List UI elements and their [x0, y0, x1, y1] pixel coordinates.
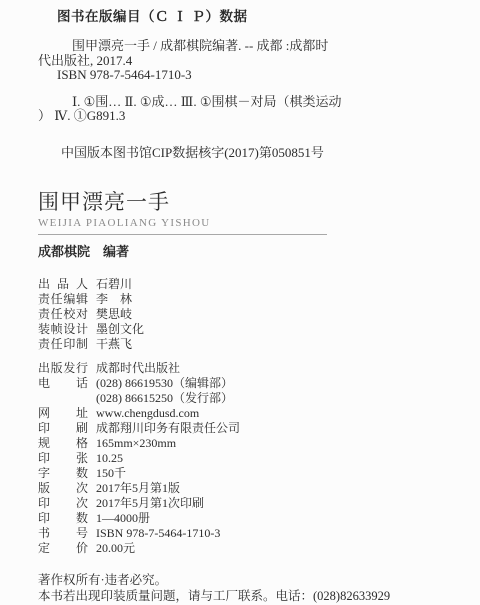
credit-value: 李 林 [96, 292, 132, 307]
title-underline [38, 234, 327, 235]
publishing-value: 20.00元 [96, 541, 135, 556]
cip-entry-line1: 围甲漂亮一手 / 成都棋院编著. -- 成都 :成都时 [38, 39, 450, 54]
credits-list: 出品人 石碧川 责任编辑 李 林 责任校对 樊思岐 装帧设计 墨创文化 责任印制… [38, 277, 450, 352]
publishing-value: 10.25 [96, 451, 123, 466]
publishing-value: 1—4000册 [96, 511, 150, 526]
publishing-value: 2017年5月第1次印刷 [96, 496, 204, 511]
credit-label: 责任校对 [38, 307, 88, 322]
cip-entry: 围甲漂亮一手 / 成都棋院编著. -- 成都 :成都时 代出版社, 2017.4… [38, 39, 450, 83]
credit-row-print-supervisor: 责任印制 干燕飞 [38, 337, 450, 352]
publishing-value: (028) 86615250（发行部） [96, 391, 233, 406]
credit-row-designer: 装帧设计 墨创文化 [38, 322, 450, 337]
credit-label: 出品人 [38, 277, 88, 292]
publishing-label: 书号 [38, 526, 88, 541]
publishing-row-price: 定价 20.00元 [38, 541, 450, 556]
publishing-value: 150千 [96, 466, 126, 481]
copyright-warning: 著作权所有·违者必究。 [38, 572, 450, 589]
publishing-value: ISBN 978-7-5464-1710-3 [96, 526, 220, 541]
publishing-label: 印数 [38, 511, 88, 526]
copyright-page: 图书在版编目（Ｃ Ｉ Ｐ）数据 围甲漂亮一手 / 成都棋院编著. -- 成都 :… [0, 0, 480, 605]
publishing-value: 成都时代出版社 [96, 361, 180, 376]
publishing-row-edition: 版次 2017年5月第1版 [38, 481, 450, 496]
publishing-label: 电话 [38, 376, 88, 391]
cip-class-line1: Ⅰ. ①围… Ⅱ. ①成… Ⅲ. ①围棋－对局（棋类运动 [38, 95, 450, 110]
cip-classification: Ⅰ. ①围… Ⅱ. ①成… Ⅲ. ①围棋－对局（棋类运动 ） Ⅳ. ①G891.… [38, 95, 450, 124]
credit-row-editor: 责任编辑 李 林 [38, 292, 450, 307]
cip-header: 图书在版编目（Ｃ Ｉ Ｐ）数据 [57, 8, 450, 26]
book-title: 围甲漂亮一手 [38, 191, 450, 214]
publishing-value: (028) 86619530（编辑部） [96, 376, 233, 391]
publishing-label: 版次 [38, 481, 88, 496]
credit-value: 干燕飞 [96, 337, 132, 352]
publishing-list: 出版发行 成都时代出版社 电话 (028) 86619530（编辑部） (028… [38, 361, 450, 556]
publishing-row-impression: 印次 2017年5月第1次印刷 [38, 496, 450, 511]
cip-entry-line2: 代出版社, 2017.4 [38, 54, 450, 69]
publishing-row-print-run: 印数 1—4000册 [38, 511, 450, 526]
cip-isbn-line: ISBN 978-7-5464-1710-3 [38, 68, 450, 83]
publishing-label: 规格 [38, 436, 88, 451]
credit-row-proofreader: 责任校对 樊思岐 [38, 307, 450, 322]
credit-label: 责任编辑 [38, 292, 88, 307]
publishing-row-format: 规格 165mm×230mm [38, 436, 450, 451]
title-block: 围甲漂亮一手 WEIJIA PIAOLIANG YISHOU 成都棋院 编著 [38, 191, 450, 259]
publishing-row-phone-2: (028) 86615250（发行部） [38, 391, 450, 406]
publishing-label: 印次 [38, 496, 88, 511]
publishing-value: 2017年5月第1版 [96, 481, 180, 496]
publishing-row-phone-1: 电话 (028) 86619530（编辑部） [38, 376, 450, 391]
publishing-label: 网址 [38, 406, 88, 421]
publishing-row-wordcount: 字数 150千 [38, 466, 450, 481]
cip-class-line2: ） Ⅳ. ①G891.3 [38, 109, 450, 124]
credit-label: 装帧设计 [38, 322, 88, 337]
publishing-row-website: 网址 www.chengdusd.com [38, 406, 450, 421]
publishing-value: www.chengdusd.com [96, 406, 199, 421]
credit-row-producer: 出品人 石碧川 [38, 277, 450, 292]
copyright-notices: 著作权所有·违者必究。 本书若出现印装质量问题，请与工厂联系。电话：(028)8… [38, 572, 450, 605]
publishing-label: 印张 [38, 451, 88, 466]
credit-label: 责任印制 [38, 337, 88, 352]
publishing-row-isbn: 书号 ISBN 978-7-5464-1710-3 [38, 526, 450, 541]
publishing-value: 成都翔川印务有限责任公司 [96, 421, 240, 436]
publishing-value: 165mm×230mm [96, 436, 176, 451]
publishing-row-publisher: 出版发行 成都时代出版社 [38, 361, 450, 376]
credit-value: 樊思岐 [96, 307, 132, 322]
cip-record-number: 中国版本图书馆CIP数据核字(2017)第050851号 [38, 145, 450, 160]
cip-section: 图书在版编目（Ｃ Ｉ Ｐ）数据 围甲漂亮一手 / 成都棋院编著. -- 成都 :… [38, 8, 450, 160]
credit-value: 石碧川 [96, 277, 132, 292]
credit-value: 墨创文化 [96, 322, 144, 337]
publishing-label: 出版发行 [38, 361, 88, 376]
publishing-row-printer: 印刷 成都翔川印务有限责任公司 [38, 421, 450, 436]
quality-notice: 本书若出现印装质量问题，请与工厂联系。电话：(028)82633929 [38, 588, 450, 605]
publishing-row-sheets: 印张 10.25 [38, 451, 450, 466]
publishing-label: 定价 [38, 541, 88, 556]
publishing-label: 印刷 [38, 421, 88, 436]
book-title-pinyin: WEIJIA PIAOLIANG YISHOU [38, 217, 450, 229]
publishing-label: 字数 [38, 466, 88, 481]
author-byline: 成都棋院 编著 [38, 244, 450, 259]
